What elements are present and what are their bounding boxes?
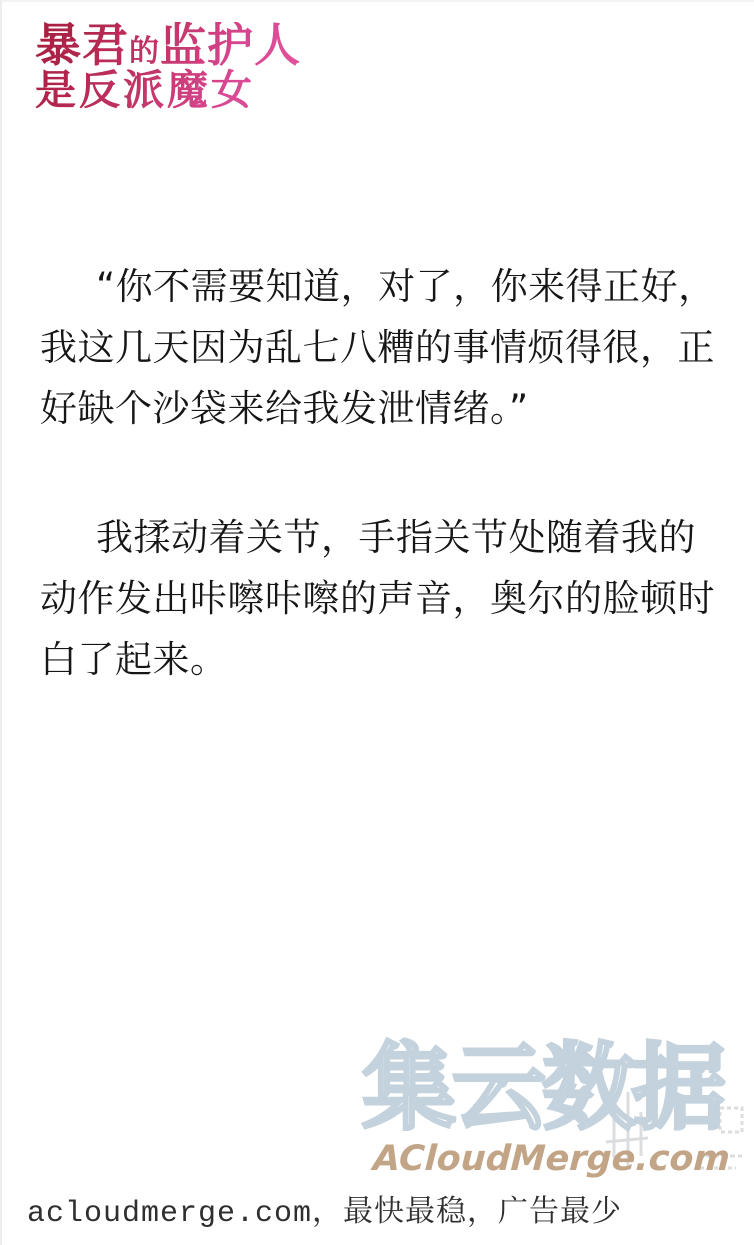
logo-line2: 是反派魔女	[35, 69, 301, 112]
en-watermark-text: ACloudMerge.com	[372, 1139, 750, 1179]
logo-title-part: 的	[129, 34, 160, 69]
novel-page: 暴君的监护人 是反派魔女 “你不需要知道，对了，你来得正好，我这几天因为乱七八糟…	[0, 0, 754, 1245]
paragraph: 我揉动着关节，手指关节处随着我的动作发出咔嚓咔嚓的声音，奥尔的脸顿时白了起来。	[40, 507, 722, 690]
paragraph: “你不需要知道，对了，你来得正好，我这几天因为乱七八糟的事情烦得很，正好缺个沙袋…	[40, 256, 722, 439]
logo-title-part: 监护人	[160, 18, 301, 72]
cn-watermark-text: 集云数据	[362, 1042, 748, 1136]
site-watermark: 集云数据 ACloudMerge.com	[362, 1042, 748, 1179]
series-title-logo: 暴君的监护人 是反派魔女	[35, 22, 301, 111]
footer-tagline: acloudmerge.com，最快最稳，广告最少	[27, 1194, 622, 1234]
logo-title-part: 暴君	[35, 18, 129, 72]
story-text: “你不需要知道，对了，你来得正好，我这几天因为乱七八糟的事情烦得很，正好缺个沙袋…	[40, 256, 722, 690]
logo-line1: 暴君的监护人	[35, 22, 301, 70]
